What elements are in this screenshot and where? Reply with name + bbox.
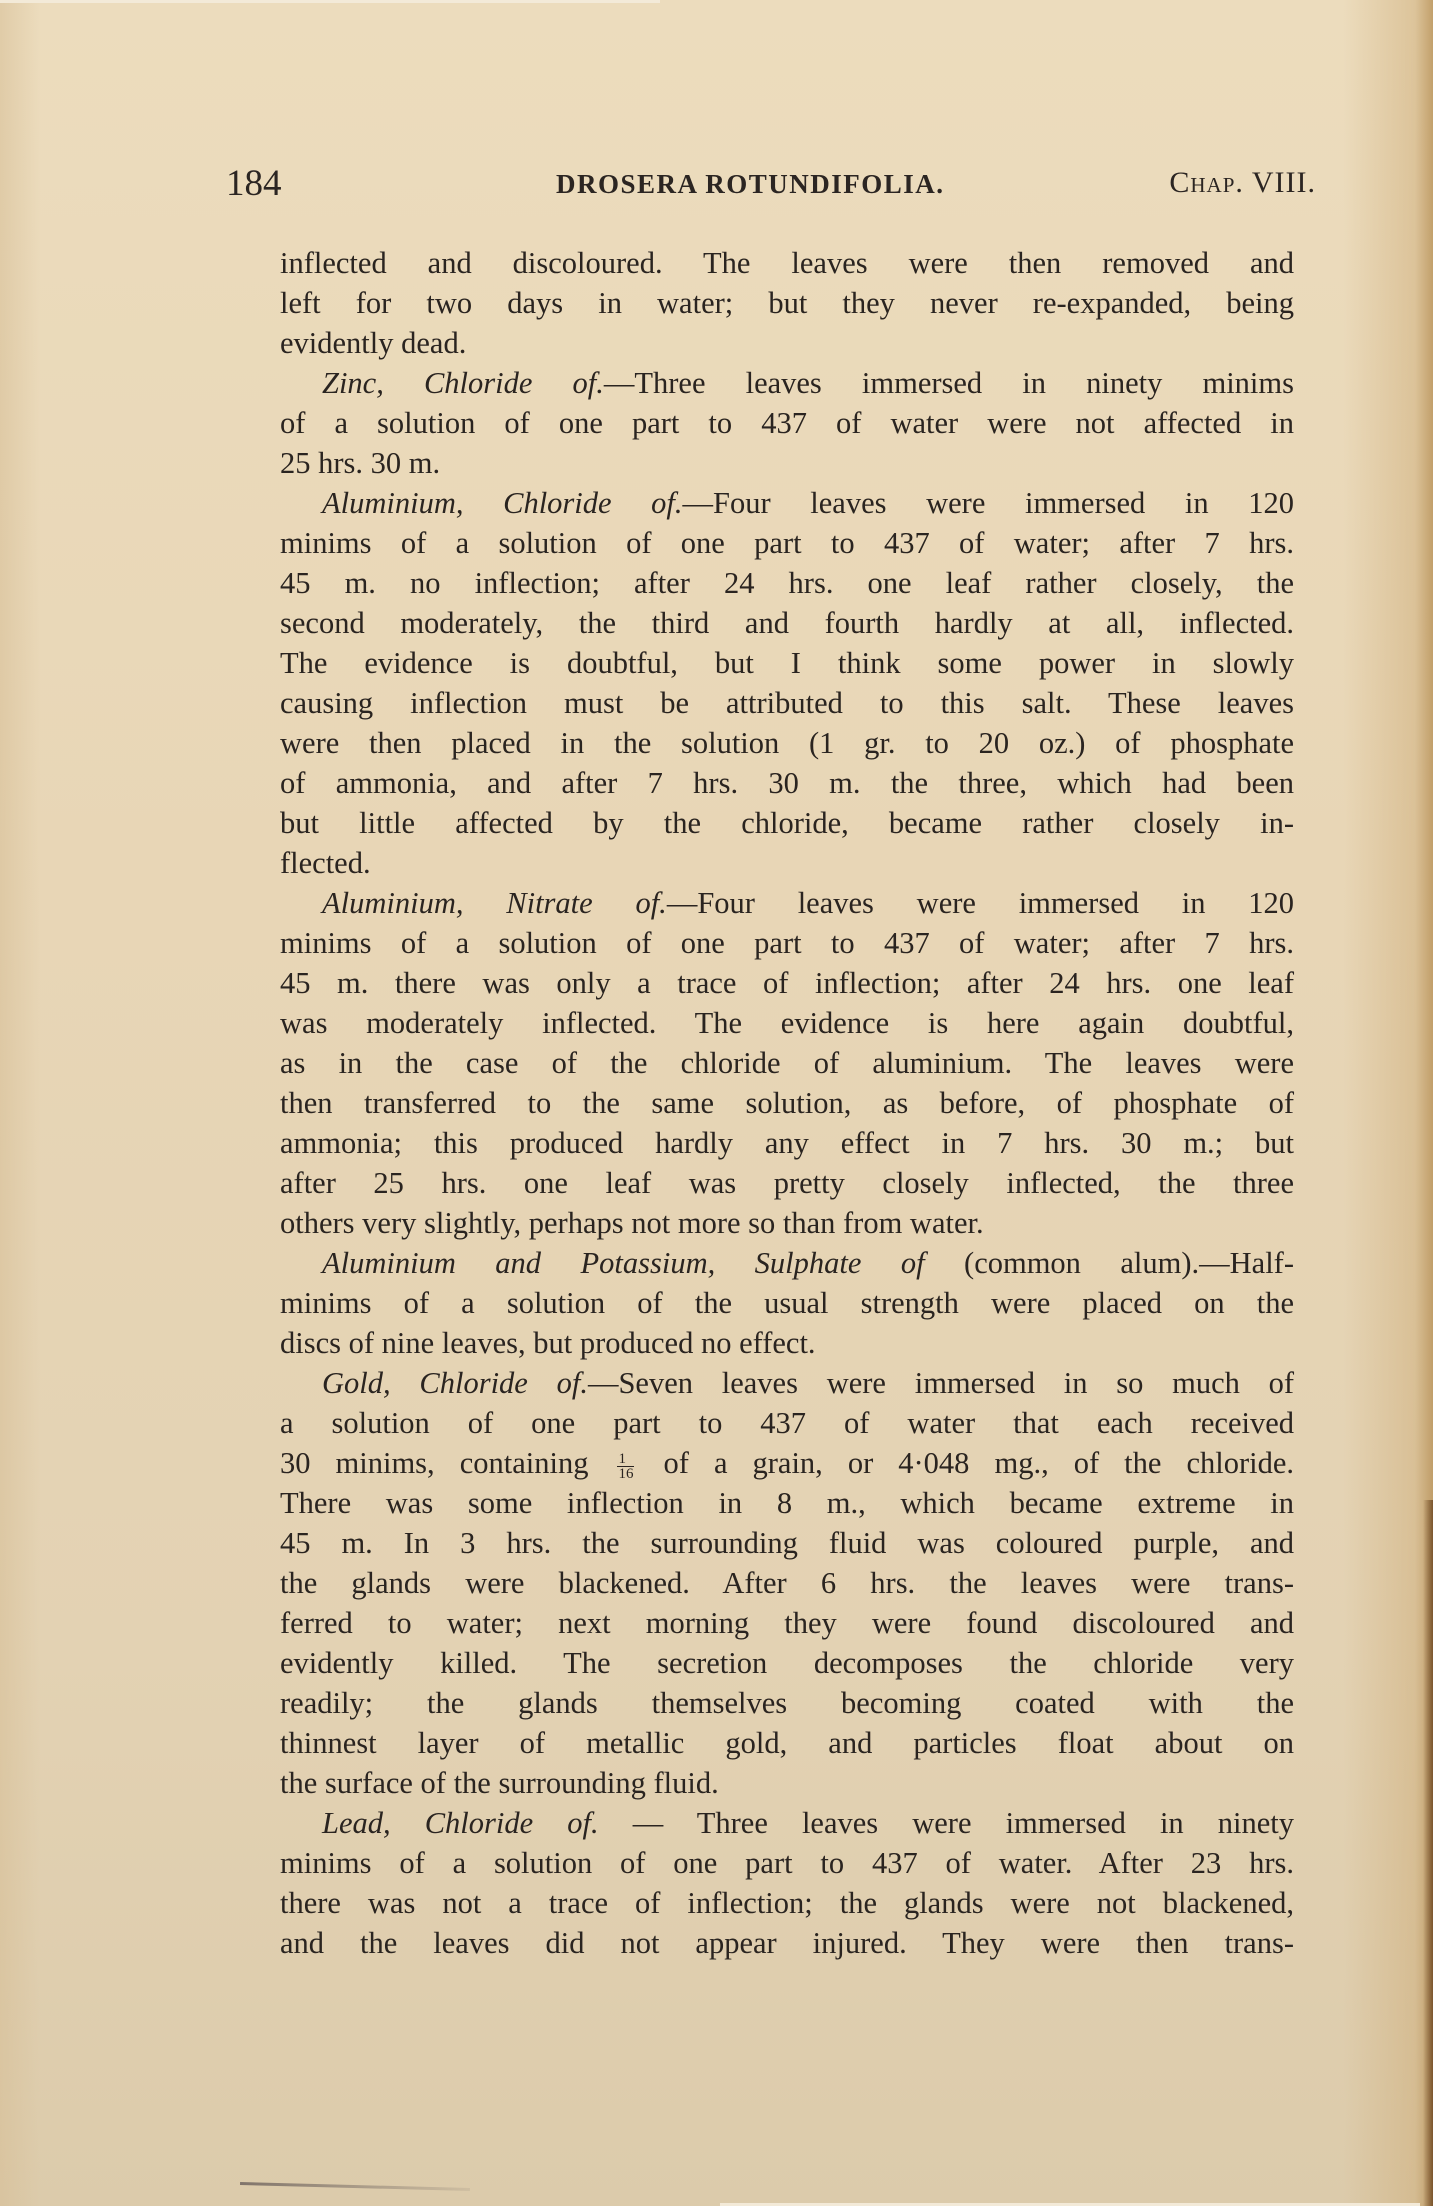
text-line: readily; the glands themselves becoming … — [280, 1683, 1294, 1723]
text-line: was moderately inflected. The evidence i… — [280, 1003, 1294, 1043]
text-line: after 25 hrs. one leaf was pretty closel… — [280, 1163, 1294, 1203]
text-line: Lead, Chloride of. — Three leaves were i… — [280, 1803, 1294, 1843]
text-line: thinnest layer of metallic gold, and par… — [280, 1723, 1294, 1763]
line-text: —Seven leaves were immersed in so much o… — [588, 1366, 1294, 1400]
text-line: a solution of one part to 437 of water t… — [280, 1403, 1294, 1443]
compound-term: Chloride of. — [419, 1366, 588, 1400]
compound-term: Nitrate of. — [506, 886, 667, 920]
text-line: causing inflection must be attributed to… — [280, 683, 1294, 723]
line-text: — Three leaves were immersed in ninety — [599, 1806, 1294, 1840]
subject-term: Aluminium, — [322, 886, 463, 920]
text-line: Aluminium and Potassium, Sulphate of (co… — [280, 1243, 1294, 1283]
text-line: minims of a solution of one part to 437 … — [280, 923, 1294, 963]
text-line: Gold, Chloride of.—Seven leaves were imm… — [280, 1363, 1294, 1403]
compound-term: Chloride of. — [425, 1806, 599, 1840]
text-line: there was not a trace of inflection; the… — [280, 1883, 1294, 1923]
page-number: 184 — [226, 162, 282, 205]
subject-term: Aluminium and Potassium, — [322, 1246, 715, 1280]
subject-term: Aluminium, — [322, 486, 463, 520]
text-line: of ammonia, and after 7 hrs. 30 m. the t… — [280, 763, 1294, 803]
text-line: There was some inflection in 8 m., which… — [280, 1483, 1294, 1523]
compound-term: Sulphate of — [755, 1246, 925, 1280]
subject-term: Gold, — [322, 1366, 391, 1400]
text-line: The evidence is doubtful, but I think so… — [280, 643, 1294, 683]
text-line: were then placed in the solution (1 gr. … — [280, 723, 1294, 763]
text-line: flected. — [280, 843, 1294, 883]
line-text: of a grain, or 4·048 mg., of the chlorid… — [638, 1446, 1294, 1480]
text-line: minims of a solution of the usual streng… — [280, 1283, 1294, 1323]
text-line: others very slightly, perhaps not more s… — [280, 1203, 1294, 1243]
text-line: as in the case of the chloride of alumin… — [280, 1043, 1294, 1083]
paragraph-aluminium-nitrate: Aluminium, Nitrate of.—Four leaves were … — [280, 883, 1294, 1243]
subject-term: Lead, — [322, 1806, 391, 1840]
text-line: 25 hrs. 30 m. — [280, 443, 1294, 483]
text-line: of a solution of one part to 437 of wate… — [280, 403, 1294, 443]
text-line: and the leaves did not appear injured. T… — [280, 1923, 1294, 1963]
compound-term: Chloride of. — [503, 486, 682, 520]
text-line: 45 m. there was only a trace of inflecti… — [280, 963, 1294, 1003]
text-line: Zinc, Chloride of.—Three leaves immersed… — [280, 363, 1294, 403]
subject-term: Zinc, — [322, 366, 384, 400]
text-line: inflected and discoloured. The leaves we… — [280, 243, 1294, 283]
text-line: evidently dead. — [280, 323, 1294, 363]
line-text: 30 minims, containing — [280, 1446, 613, 1480]
running-header: 184 DROSERA ROTUNDIFOLIA. Chap. VIII. — [226, 160, 1316, 210]
paper-crease-mark — [240, 2182, 470, 2191]
page-edge-shadow — [1423, 1500, 1433, 2206]
paragraph-alum: Aluminium and Potassium, Sulphate of (co… — [280, 1243, 1294, 1363]
text-line: evidently killed. The secretion decompos… — [280, 1643, 1294, 1683]
text-line: second moderately, the third and fourth … — [280, 603, 1294, 643]
scan-edge-top — [0, 0, 660, 3]
book-page: 184 DROSERA ROTUNDIFOLIA. Chap. VIII. in… — [0, 0, 1433, 2206]
fraction-denominator: 16 — [617, 1467, 634, 1481]
running-title: DROSERA ROTUNDIFOLIA. — [556, 169, 945, 200]
line-text: —Three leaves immersed in ninety minims — [604, 366, 1294, 400]
line-text: (common alum).—Half- — [925, 1246, 1294, 1280]
text-line: minims of a solution of one part to 437 … — [280, 1843, 1294, 1883]
text-line: ferred to water; next morning they were … — [280, 1603, 1294, 1643]
text-line: ammonia; this produced hardly any effect… — [280, 1123, 1294, 1163]
text-line: discs of nine leaves, but produced no ef… — [280, 1323, 1294, 1363]
text-line: but little affected by the chloride, bec… — [280, 803, 1294, 843]
text-line: the surface of the surrounding fluid. — [280, 1763, 1294, 1803]
text-line: 45 m. In 3 hrs. the surrounding fluid wa… — [280, 1523, 1294, 1563]
line-text: —Four leaves were immersed in 120 — [667, 886, 1294, 920]
text-line: 30 minims, containing 116 of a grain, or… — [280, 1443, 1294, 1483]
compound-term: Chloride of. — [424, 366, 604, 400]
text-line: Aluminium, Chloride of.—Four leaves were… — [280, 483, 1294, 523]
fraction-numerator: 1 — [617, 1452, 634, 1467]
text-line: then transferred to the same solution, a… — [280, 1083, 1294, 1123]
paragraph-zinc-chloride: Zinc, Chloride of.—Three leaves immersed… — [280, 363, 1294, 483]
text-line: Aluminium, Nitrate of.—Four leaves were … — [280, 883, 1294, 923]
line-text: —Four leaves were immersed in 120 — [683, 486, 1294, 520]
text-line: minims of a solution of one part to 437 … — [280, 523, 1294, 563]
paragraph-aluminium-chloride: Aluminium, Chloride of.—Four leaves were… — [280, 483, 1294, 883]
paragraph-gold-chloride: Gold, Chloride of.—Seven leaves were imm… — [280, 1363, 1294, 1803]
text-line: left for two days in water; but they nev… — [280, 283, 1294, 323]
text-line: 45 m. no inflection; after 24 hrs. one l… — [280, 563, 1294, 603]
chapter-label: Chap. VIII. — [1169, 166, 1316, 200]
paragraph-lead-chloride: Lead, Chloride of. — Three leaves were i… — [280, 1803, 1294, 1963]
paragraph-continuation: inflected and discoloured. The leaves we… — [280, 243, 1294, 363]
fraction: 116 — [617, 1452, 634, 1481]
text-line: the glands were blackened. After 6 hrs. … — [280, 1563, 1294, 1603]
body-text: inflected and discoloured. The leaves we… — [280, 243, 1294, 1963]
